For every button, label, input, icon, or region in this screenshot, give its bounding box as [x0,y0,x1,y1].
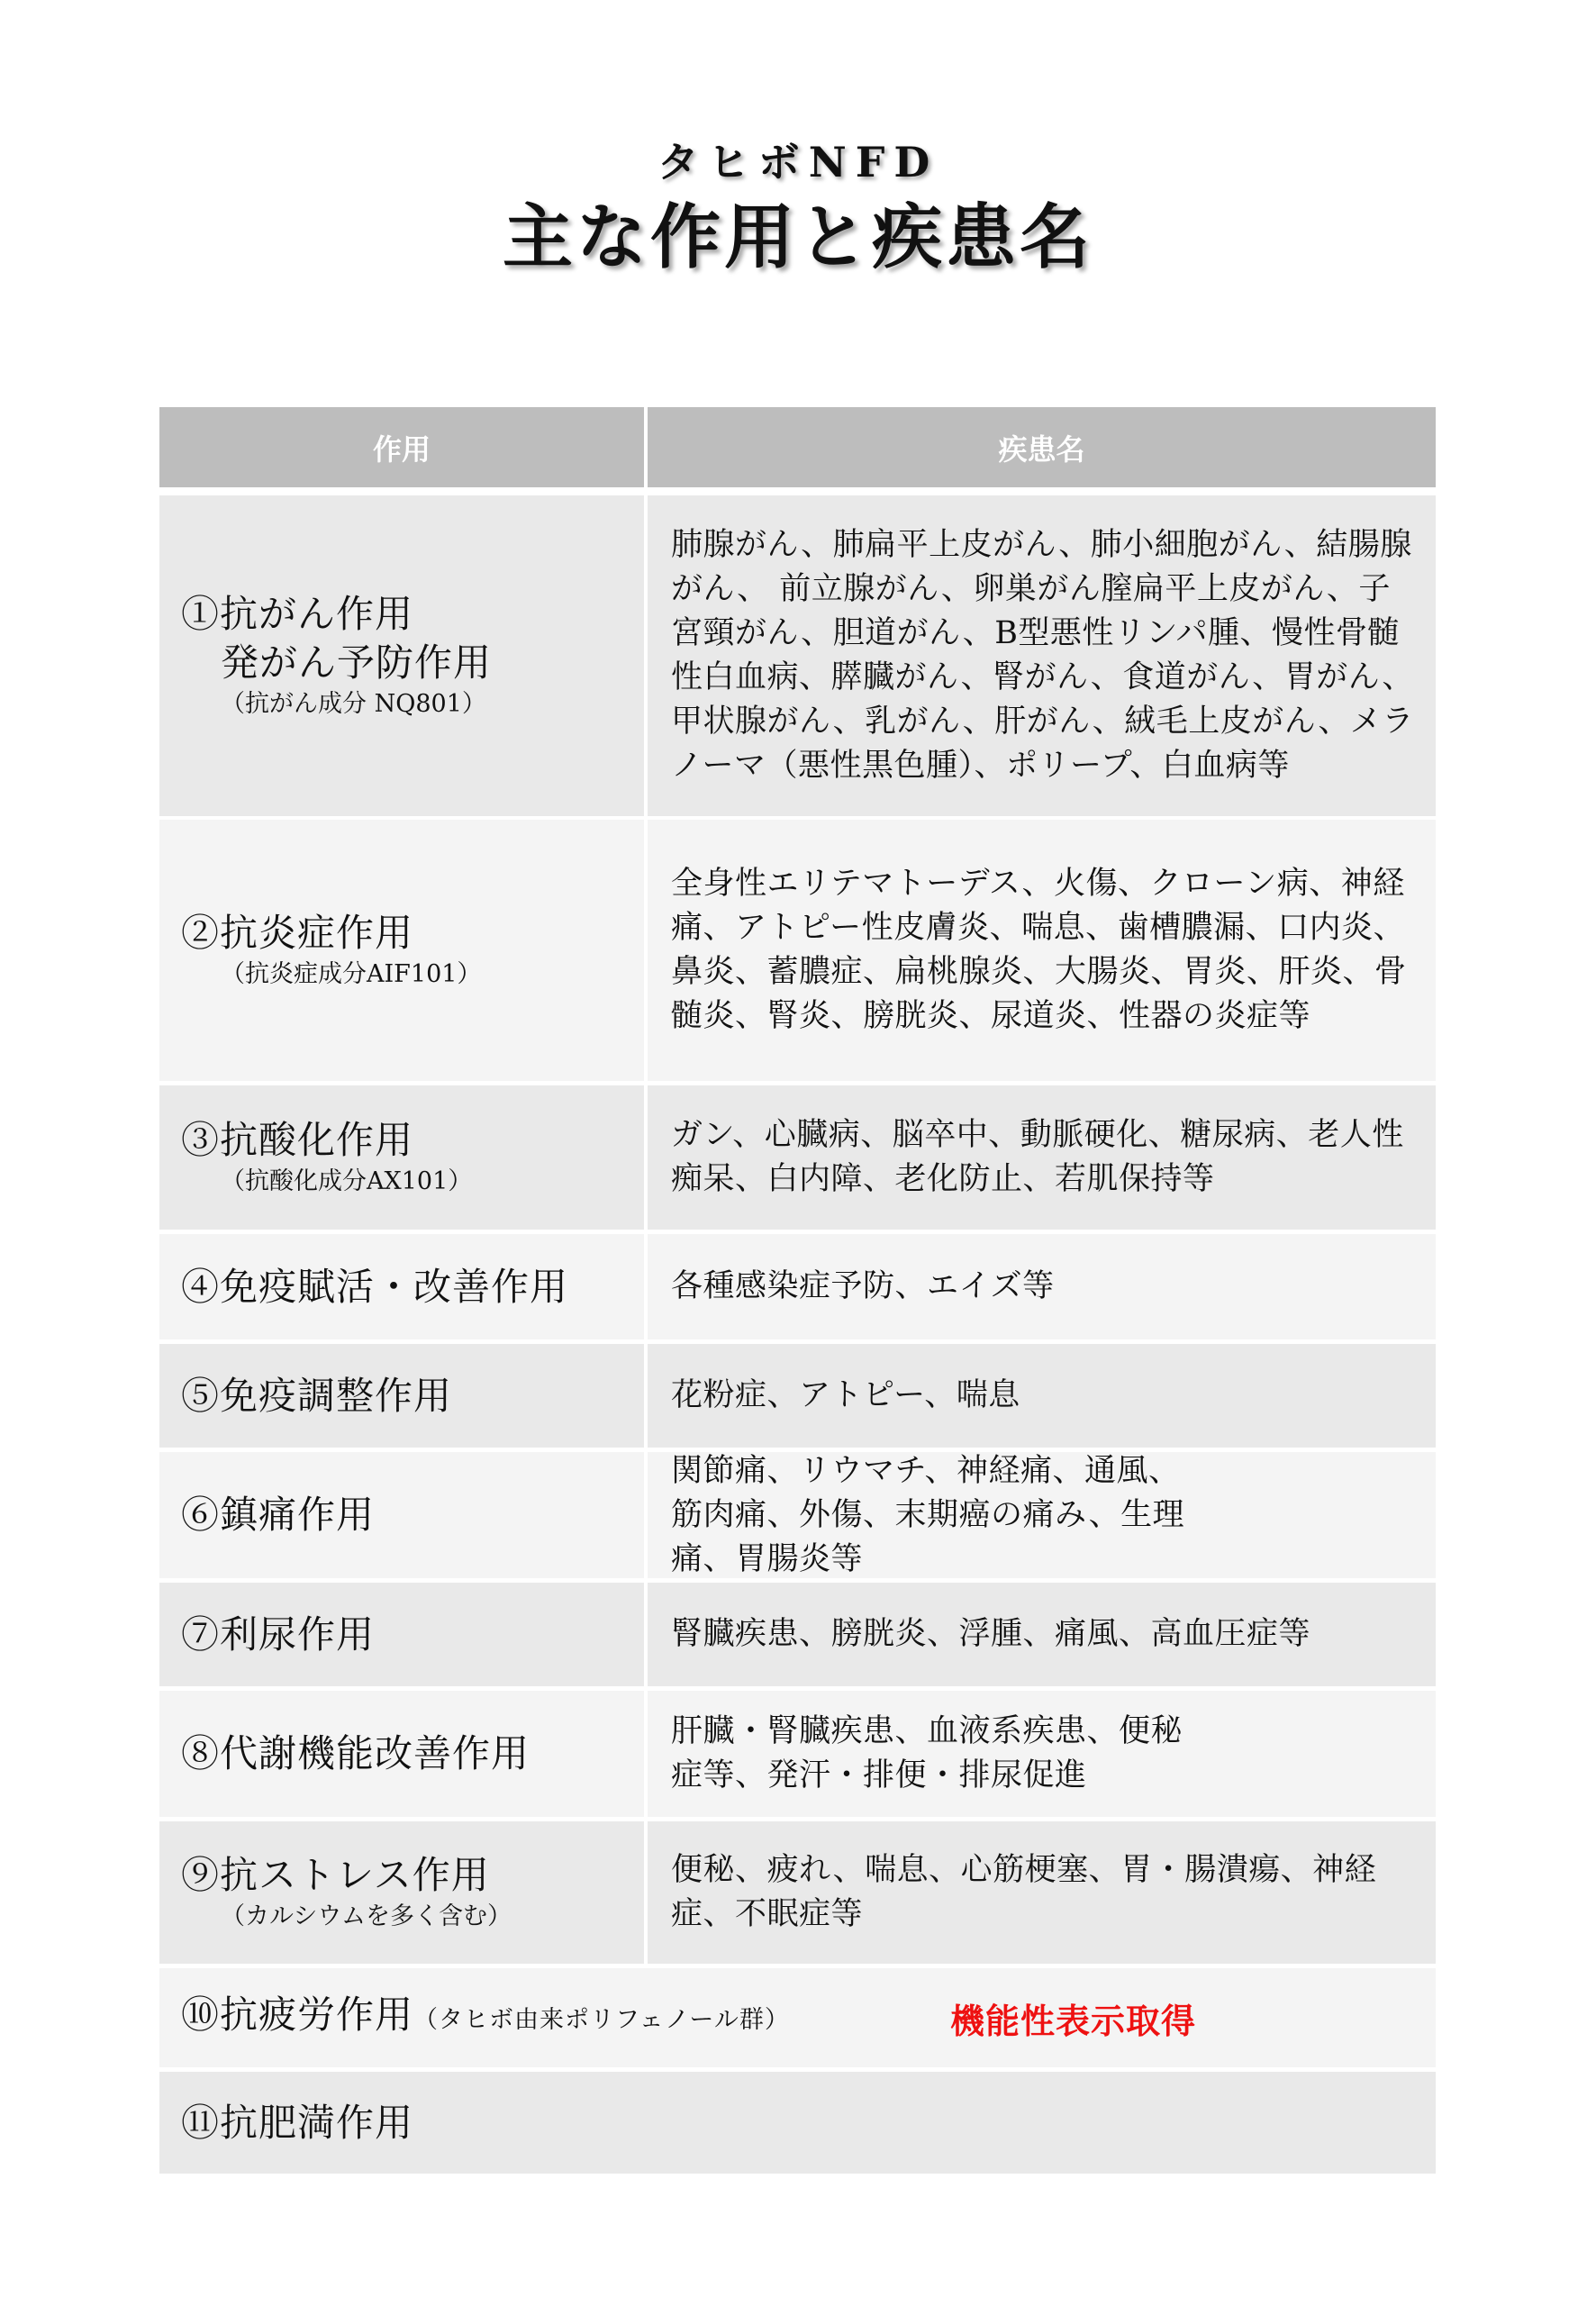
table-row: ①抗がん作用 発がん予防作用 （抗がん成分 NQ801） 肺腺がん、肺扁平上皮が… [159,495,1436,816]
table-row: ③抗酸化作用 （抗酸化成分AX101） ガン、心臓病、脳卒中、動脈硬化、糖尿病、… [159,1085,1436,1230]
effect-name: 抗酸化作用 [220,1118,413,1162]
disease-list: ガン、心臓病、脳卒中、動脈硬化、糖尿病、老人性痴呆、白内障、老化防止、若肌保持等 [671,1113,1418,1202]
effect-cell: ⑥鎮痛作用 [159,1452,644,1578]
diseases-cell: 関節痛、リウマチ、神経痛、通風、筋肉痛、外傷、末期癌の痛み、生理痛、胃腸炎等 [648,1452,1436,1578]
table-row: ⑧代謝機能改善作用 肝臓・腎臓疾患、血液系疾患、便秘症等、発汗・排便・排尿促進 [159,1691,1436,1817]
table-row: ⑥鎮痛作用 関節痛、リウマチ、神経痛、通風、筋肉痛、外傷、末期癌の痛み、生理痛、… [159,1452,1436,1578]
row-number: ④ [181,1265,220,1309]
effect-name-2: 発がん予防作用 [181,639,492,687]
row-number: ⑥ [181,1493,220,1537]
disease-list: 全身性エリテマトーデス、火傷、クローン病、神経痛、アトピー性皮膚炎、喘息、歯槽膿… [671,862,1418,1039]
effect-cell: ⑪抗肥満作用 [159,2072,1436,2174]
table-row: ⑦利尿作用 腎臓疾患、膀胱炎、浮腫、痛風、高血圧症等 [159,1583,1436,1686]
effect-name: 抗ストレス作用 [220,1853,490,1897]
effect-cell: ⑩抗疲労作用（タヒボ由来ポリフェノール群） 機能性表示取得 [159,1968,1436,2067]
table-header: 作用 疾患名 [159,407,1436,487]
table-row: ⑤免疫調整作用 花粉症、アトピー、喘息 [159,1344,1436,1448]
title-block: タヒボNFD 主な作用と疾患名 [0,135,1596,279]
table-row: ②抗炎症作用 （抗炎症成分AIF101） 全身性エリテマトーデス、火傷、クローン… [159,820,1436,1081]
table-row: ⑨抗ストレス作用 （カルシウムを多く含む） 便秘、疲れ、喘息、心筋梗塞、胃・腸潰… [159,1821,1436,1964]
row-number: ⑤ [181,1374,220,1418]
effect-component: （タヒボ由来ポリフェノール群） [413,2006,790,2034]
effect-name: 免疫調整作用 [220,1374,452,1418]
effect-name: 代謝機能改善作用 [220,1731,530,1775]
effect-name: 免疫賦活・改善作用 [220,1265,568,1309]
effect-cell: ③抗酸化作用 （抗酸化成分AX101） [159,1085,644,1230]
effect-cell: ⑤免疫調整作用 [159,1344,644,1448]
row-number: ⑨ [181,1853,220,1897]
effect-component: （抗酸化成分AX101） [181,1165,472,1199]
effect-cell: ④免疫賦活・改善作用 [159,1234,644,1339]
effect-component: （カルシウムを多く含む） [181,1900,512,1934]
disease-list: 関節痛、リウマチ、神経痛、通風、筋肉痛、外傷、末期癌の痛み、生理痛、胃腸炎等 [671,1449,1418,1582]
diseases-cell: 全身性エリテマトーデス、火傷、クローン病、神経痛、アトピー性皮膚炎、喘息、歯槽膿… [648,820,1436,1081]
diseases-cell: 便秘、疲れ、喘息、心筋梗塞、胃・腸潰瘍、神経症、不眠症等 [648,1821,1436,1964]
row-number: ⑩ [181,1993,220,2037]
disease-list: 各種感染症予防、エイズ等 [671,1265,1055,1309]
effect-name: 抗炎症作用 [220,911,413,955]
diseases-cell: 花粉症、アトピー、喘息 [648,1344,1436,1448]
functional-claim-note: 機能性表示取得 [950,1993,1196,2043]
row-number: ① [181,592,220,636]
effect-component: （抗がん成分 NQ801） [181,687,492,722]
effect-name: 鎮痛作用 [220,1493,375,1537]
effect-component: （抗炎症成分AIF101） [181,958,481,992]
diseases-cell: 肺腺がん、肺扁平上皮がん、肺小細胞がん、結腸腺がん、 前立腺がん、卵巣がん膣扁平… [648,495,1436,816]
effect-cell: ⑦利尿作用 [159,1583,644,1686]
effect-cell: ②抗炎症作用 （抗炎症成分AIF101） [159,820,644,1081]
table-row: ⑪抗肥満作用 [159,2072,1436,2174]
row-number: ⑪ [181,2101,220,2145]
table-row: ④免疫賦活・改善作用 各種感染症予防、エイズ等 [159,1234,1436,1339]
effect-cell: ⑧代謝機能改善作用 [159,1691,644,1817]
diseases-cell: 肝臓・腎臓疾患、血液系疾患、便秘症等、発汗・排便・排尿促進 [648,1691,1436,1817]
effect-name: 抗肥満作用 [220,2101,413,2145]
row-number: ③ [181,1118,220,1162]
disease-list: 肝臓・腎臓疾患、血液系疾患、便秘症等、発汗・排便・排尿促進 [671,1710,1418,1798]
diseases-cell: 腎臓疾患、膀胱炎、浮腫、痛風、高血圧症等 [648,1583,1436,1686]
diseases-cell: 各種感染症予防、エイズ等 [648,1234,1436,1339]
row-number: ② [181,911,220,955]
header-diseases: 疾患名 [648,407,1436,487]
disease-list: 花粉症、アトピー、喘息 [671,1374,1020,1418]
product-name: タヒボNFD [0,135,1596,189]
effect-cell: ⑨抗ストレス作用 （カルシウムを多く含む） [159,1821,644,1964]
row-number: ⑦ [181,1612,220,1657]
disease-list: 便秘、疲れ、喘息、心筋梗塞、胃・腸潰瘍、神経症、不眠症等 [671,1848,1418,1937]
effect-name: 抗がん作用 [220,592,413,636]
diseases-cell: ガン、心臓病、脳卒中、動脈硬化、糖尿病、老人性痴呆、白内障、老化防止、若肌保持等 [648,1085,1436,1230]
header-effect: 作用 [159,407,644,487]
effect-cell: ①抗がん作用 発がん予防作用 （抗がん成分 NQ801） [159,495,644,816]
row-number: ⑧ [181,1731,220,1775]
disease-list: 腎臓疾患、膀胱炎、浮腫、痛風、高血圧症等 [671,1612,1310,1657]
effect-name: 利尿作用 [220,1612,375,1657]
table-row: ⑩抗疲労作用（タヒボ由来ポリフェノール群） 機能性表示取得 [159,1968,1436,2067]
effect-name: 抗疲労作用 [220,1993,413,2037]
page-title: 主な作用と疾患名 [0,196,1596,279]
disease-list: 肺腺がん、肺扁平上皮がん、肺小細胞がん、結腸腺がん、 前立腺がん、卵巣がん膣扁平… [671,523,1418,788]
